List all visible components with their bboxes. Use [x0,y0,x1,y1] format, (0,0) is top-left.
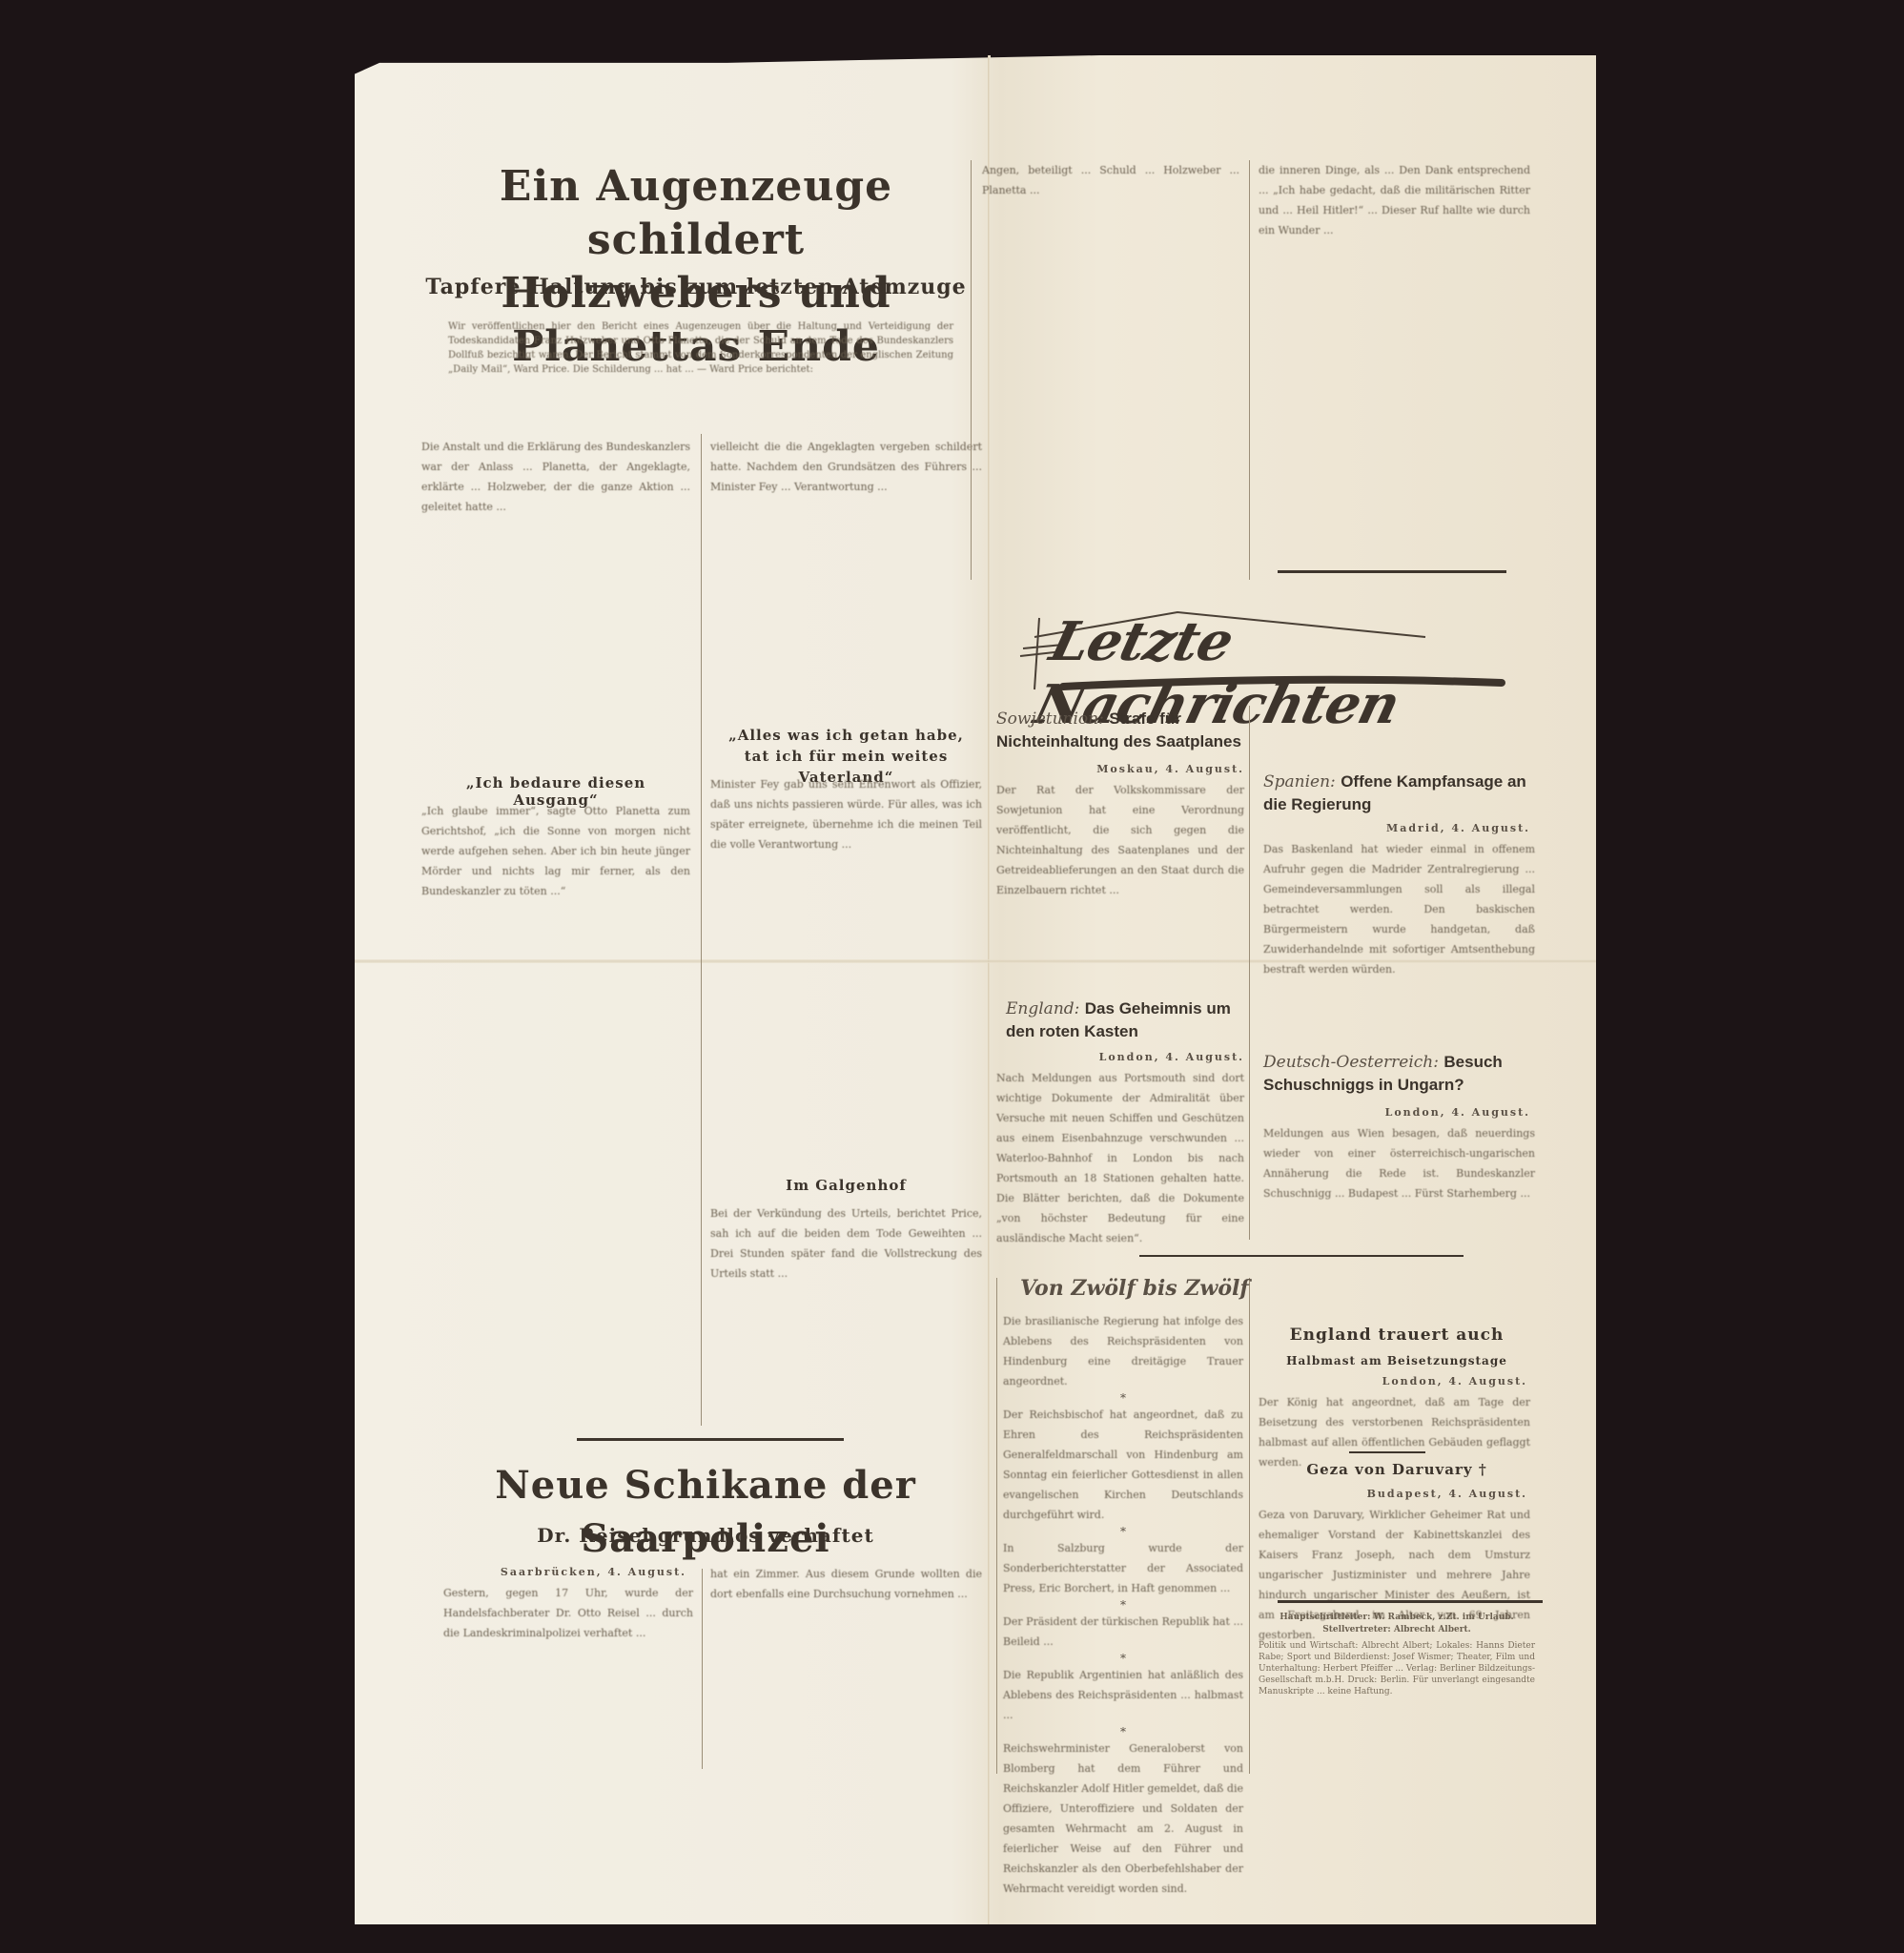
news-item-spanien-headline: Spanien: Offene Kampfansage an die Regie… [1263,771,1540,816]
latest-news-banner: Letzte Nachrichten [1006,599,1540,694]
news-body: Das Baskenland hat wieder einmal in offe… [1263,839,1535,1044]
news-country: Sowjetunion: [996,709,1104,729]
zwoelf-paragraph: Reichswehrminister Generaloberst von Blo… [1003,1738,1243,1899]
section-divider [577,1438,844,1441]
imprint-body: Politik und Wirtschaft: Albrecht Albert;… [1259,1640,1535,1697]
saar-subheadline: Dr. Reisel grundlos verhaftet [420,1524,992,1547]
saar-body-col2: hat ein Zimmer. Aus diesem Grunde wollte… [710,1564,982,1774]
saar-dateline: Saarbrücken, 4. August. [448,1566,686,1578]
section-divider [1278,1600,1543,1603]
saar-headline: Neue Schikane der Saarpolizei [420,1459,992,1566]
news-country: Deutsch-Oesterreich: [1263,1053,1439,1072]
england-mourning-subheadline: Halbmast am Beisetzungstage [1259,1354,1535,1367]
zwoelf-paragraph: In Salzburg wurde der Sonderberichtersta… [1003,1538,1243,1598]
column-rule [971,160,972,580]
news-item-england-headline: England: Das Geheimnis um den roten Kast… [1006,997,1244,1043]
obituary-name: Geza von Daruvary [1306,1461,1472,1478]
separator-star: * [1003,1598,1243,1612]
obituary-dateline: Budapest, 4. August. [1259,1488,1527,1500]
zwoelf-paragraph: Die brasilianische Regierung hat infolge… [1003,1311,1243,1391]
right-body-col4: die inneren Dinge, als ... Den Dank ents… [1259,160,1530,570]
lead-body-col2-b: Minister Fey gab uns sein Ehrenwort als … [710,774,982,1165]
news-item-sowjetunion-headline: Sowjetunion: Strafe für Nichteinhaltung … [996,708,1244,753]
zwoelf-title: Von Zwölf bis Zwölf [1020,1276,1249,1301]
news-body: Der Rat der Volkskommissare der Sowjetun… [996,780,1244,999]
section-divider [1278,570,1506,573]
imprint-editor: Hauptschriftleiter: W. Rambeck, z.Zt. im… [1259,1612,1535,1624]
news-body: Nach Meldungen aus Portsmouth sind dort … [996,1068,1244,1244]
news-dateline: Moskau, 4. August. [996,763,1244,775]
cross-icon: † [1479,1461,1487,1478]
news-dateline: Madrid, 4. August. [1263,822,1530,834]
column-rule [701,434,702,1426]
lead-body-col2: vielleicht die die Angeklagten vergeben … [710,437,982,704]
column-rule [1249,706,1250,1240]
separator-star: * [1003,1725,1243,1738]
zwoelf-paragraph: Der Reichsbischof hat angeordnet, daß zu… [1003,1405,1243,1525]
column-rule [1249,1278,1250,1774]
column-rule [996,1278,997,1774]
lead-subheadline: Tapfere Haltung bis zum letzten Atemzuge [410,275,982,299]
lead-headline-line1: Ein Augenzeuge schildert [410,160,982,267]
lead-subhead-3: Im Galgenhof [710,1177,982,1194]
separator-star: * [1003,1525,1243,1538]
lead-subhead-2-line1: „Alles was ich getan habe, [710,725,982,746]
obituary-headline: Geza von Daruvary † [1259,1461,1535,1478]
news-dateline: London, 4. August. [1263,1106,1530,1119]
separator-star: * [1003,1391,1243,1405]
section-divider [1139,1255,1464,1257]
news-country: Spanien: [1263,772,1336,791]
england-mourning-dateline: London, 4. August. [1259,1375,1527,1388]
news-body: Meldungen aus Wien besagen, daß neuerdin… [1263,1123,1535,1262]
lead-body-col1-b: „Ich glaube immer“, sagte Otto Planetta … [421,801,690,1416]
lead-body-col1: Die Anstalt und die Erklärung des Bundes… [421,437,690,761]
imprint-header: Hauptschriftleiter: W. Rambeck, z.Zt. im… [1259,1612,1535,1636]
zwoelf-paragraph: Die Republik Argentinien hat anläßlich d… [1003,1665,1243,1725]
england-mourning-headline: England trauert auch [1259,1326,1535,1345]
imprint-deputy: Stellvertreter: Albrecht Albert. [1259,1624,1535,1636]
zwoelf-column: Die brasilianische Regierung hat infolge… [1003,1311,1243,1899]
separator-star: * [1003,1652,1243,1665]
lead-intro: Wir veröffentlichen hier den Bericht ein… [448,319,953,377]
lead-body-col2-c: Bei der Verkündung des Urteils, berichte… [710,1203,982,1418]
section-divider [1349,1451,1425,1453]
right-body-col3: Angen, beteiligt ... Schuld ... Holzwebe… [982,160,1239,570]
news-item-oesterreich-headline: Deutsch-Oesterreich: Besuch Schuschniggs… [1263,1051,1540,1097]
column-rule [1249,160,1250,580]
saar-body-col1: Gestern, gegen 17 Uhr, wurde der Handels… [443,1583,693,1774]
column-rule [702,1569,703,1769]
news-dateline: London, 4. August. [996,1051,1244,1063]
zwoelf-paragraph: Der Präsident der türkischen Republik ha… [1003,1612,1243,1652]
news-country: England: [1006,999,1079,1018]
